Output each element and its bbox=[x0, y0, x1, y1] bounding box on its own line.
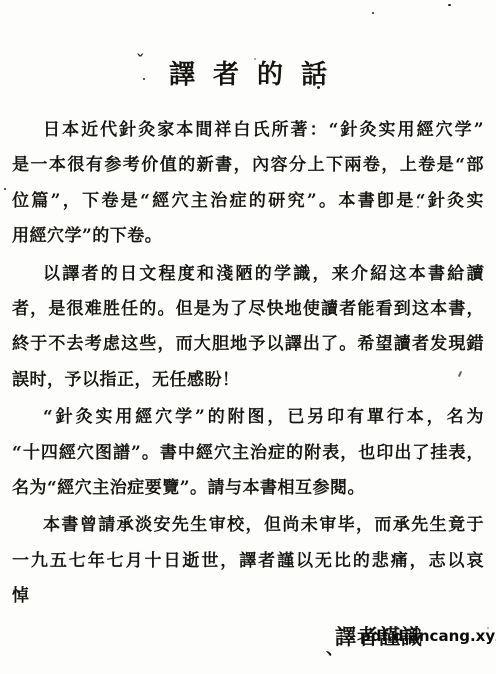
text-line: 是一本很有参考价值的新書，內容分上下兩卷，上卷是“部 bbox=[12, 148, 484, 183]
text-line: “針灸实用經穴学”的附图，已另印有單行本，名为 bbox=[12, 400, 484, 435]
ink-speck bbox=[487, 627, 489, 629]
paragraph: 本書曾請承淡安先生审校，但尚未审毕，而承先生竟于 一九五七年七月十日逝世，譯者謹… bbox=[12, 508, 484, 614]
ink-speck bbox=[448, 4, 451, 6]
text-line: 悼 bbox=[12, 579, 484, 614]
paragraph: 日本近代針灸家本間祥白氏所著：“針灸实用經穴学” 是一本很有参考价值的新書，內容… bbox=[12, 113, 484, 255]
paragraph: 以譯者的日文程度和淺陋的学識，来介紹这本書給讀 者，是很难胜任的。但是为了尽快地… bbox=[12, 257, 484, 399]
ink-speck bbox=[417, 206, 419, 208]
text-line: 用經穴学”的下卷。 bbox=[12, 219, 484, 254]
text-line: “十四經穴图譜”。書中經穴主治症的附表，也印出了挂表， bbox=[12, 436, 484, 471]
scanned-page: ˇ 譯者的話 日本近代針灸家本間祥白氏所著：“針灸实用經穴学” 是一本很有参考价… bbox=[0, 0, 496, 674]
ink-speck bbox=[143, 78, 145, 80]
page-title: 譯者的話 bbox=[0, 54, 496, 91]
text-line: 名为“經穴主治症要覽”。請与本書相互参閱。 bbox=[12, 471, 484, 506]
text-line: 者，是很难胜任的。但是为了尽快地使讀者能看到这本書， bbox=[12, 292, 484, 327]
paragraph: “針灸实用經穴学”的附图，已另印有單行本，名为 “十四經穴图譜”。書中經穴主治症… bbox=[12, 400, 484, 506]
ink-speck bbox=[482, 266, 484, 268]
ink-speck bbox=[254, 58, 256, 60]
watermark-text: pdf.diancang.xyz bbox=[360, 627, 496, 645]
text-line: 一九五七年七月十日逝世，譯者謹以无比的悲痛，志以哀 bbox=[12, 544, 484, 579]
signature-block: 、 譯者謹識 pdf.diancang.xyz bbox=[326, 618, 496, 660]
text-line: 位篇”，下卷是“經穴主治症的研究”。本書卽是“針灸实 bbox=[12, 184, 484, 219]
text-line: 終于不去考虑这些，而大胆地予以譯出了。希望讀者发現錯 bbox=[12, 327, 484, 362]
text-line: 以譯者的日文程度和淺陋的学識，来介紹这本書給讀 bbox=[12, 257, 484, 292]
text-line: 誤时，予以指正，无任感盼！ bbox=[12, 363, 484, 398]
ink-speck bbox=[372, 12, 374, 14]
text-line: 日本近代針灸家本間祥白氏所著：“針灸实用經穴学” bbox=[12, 113, 484, 148]
document-body: 日本近代針灸家本間祥白氏所著：“針灸实用經穴学” 是一本很有参考价值的新書，內容… bbox=[12, 113, 484, 615]
text-line: 本書曾請承淡安先生审校，但尚未审毕，而承先生竟于 bbox=[12, 508, 484, 543]
ink-speck bbox=[317, 86, 320, 89]
ink-speck bbox=[4, 188, 6, 190]
